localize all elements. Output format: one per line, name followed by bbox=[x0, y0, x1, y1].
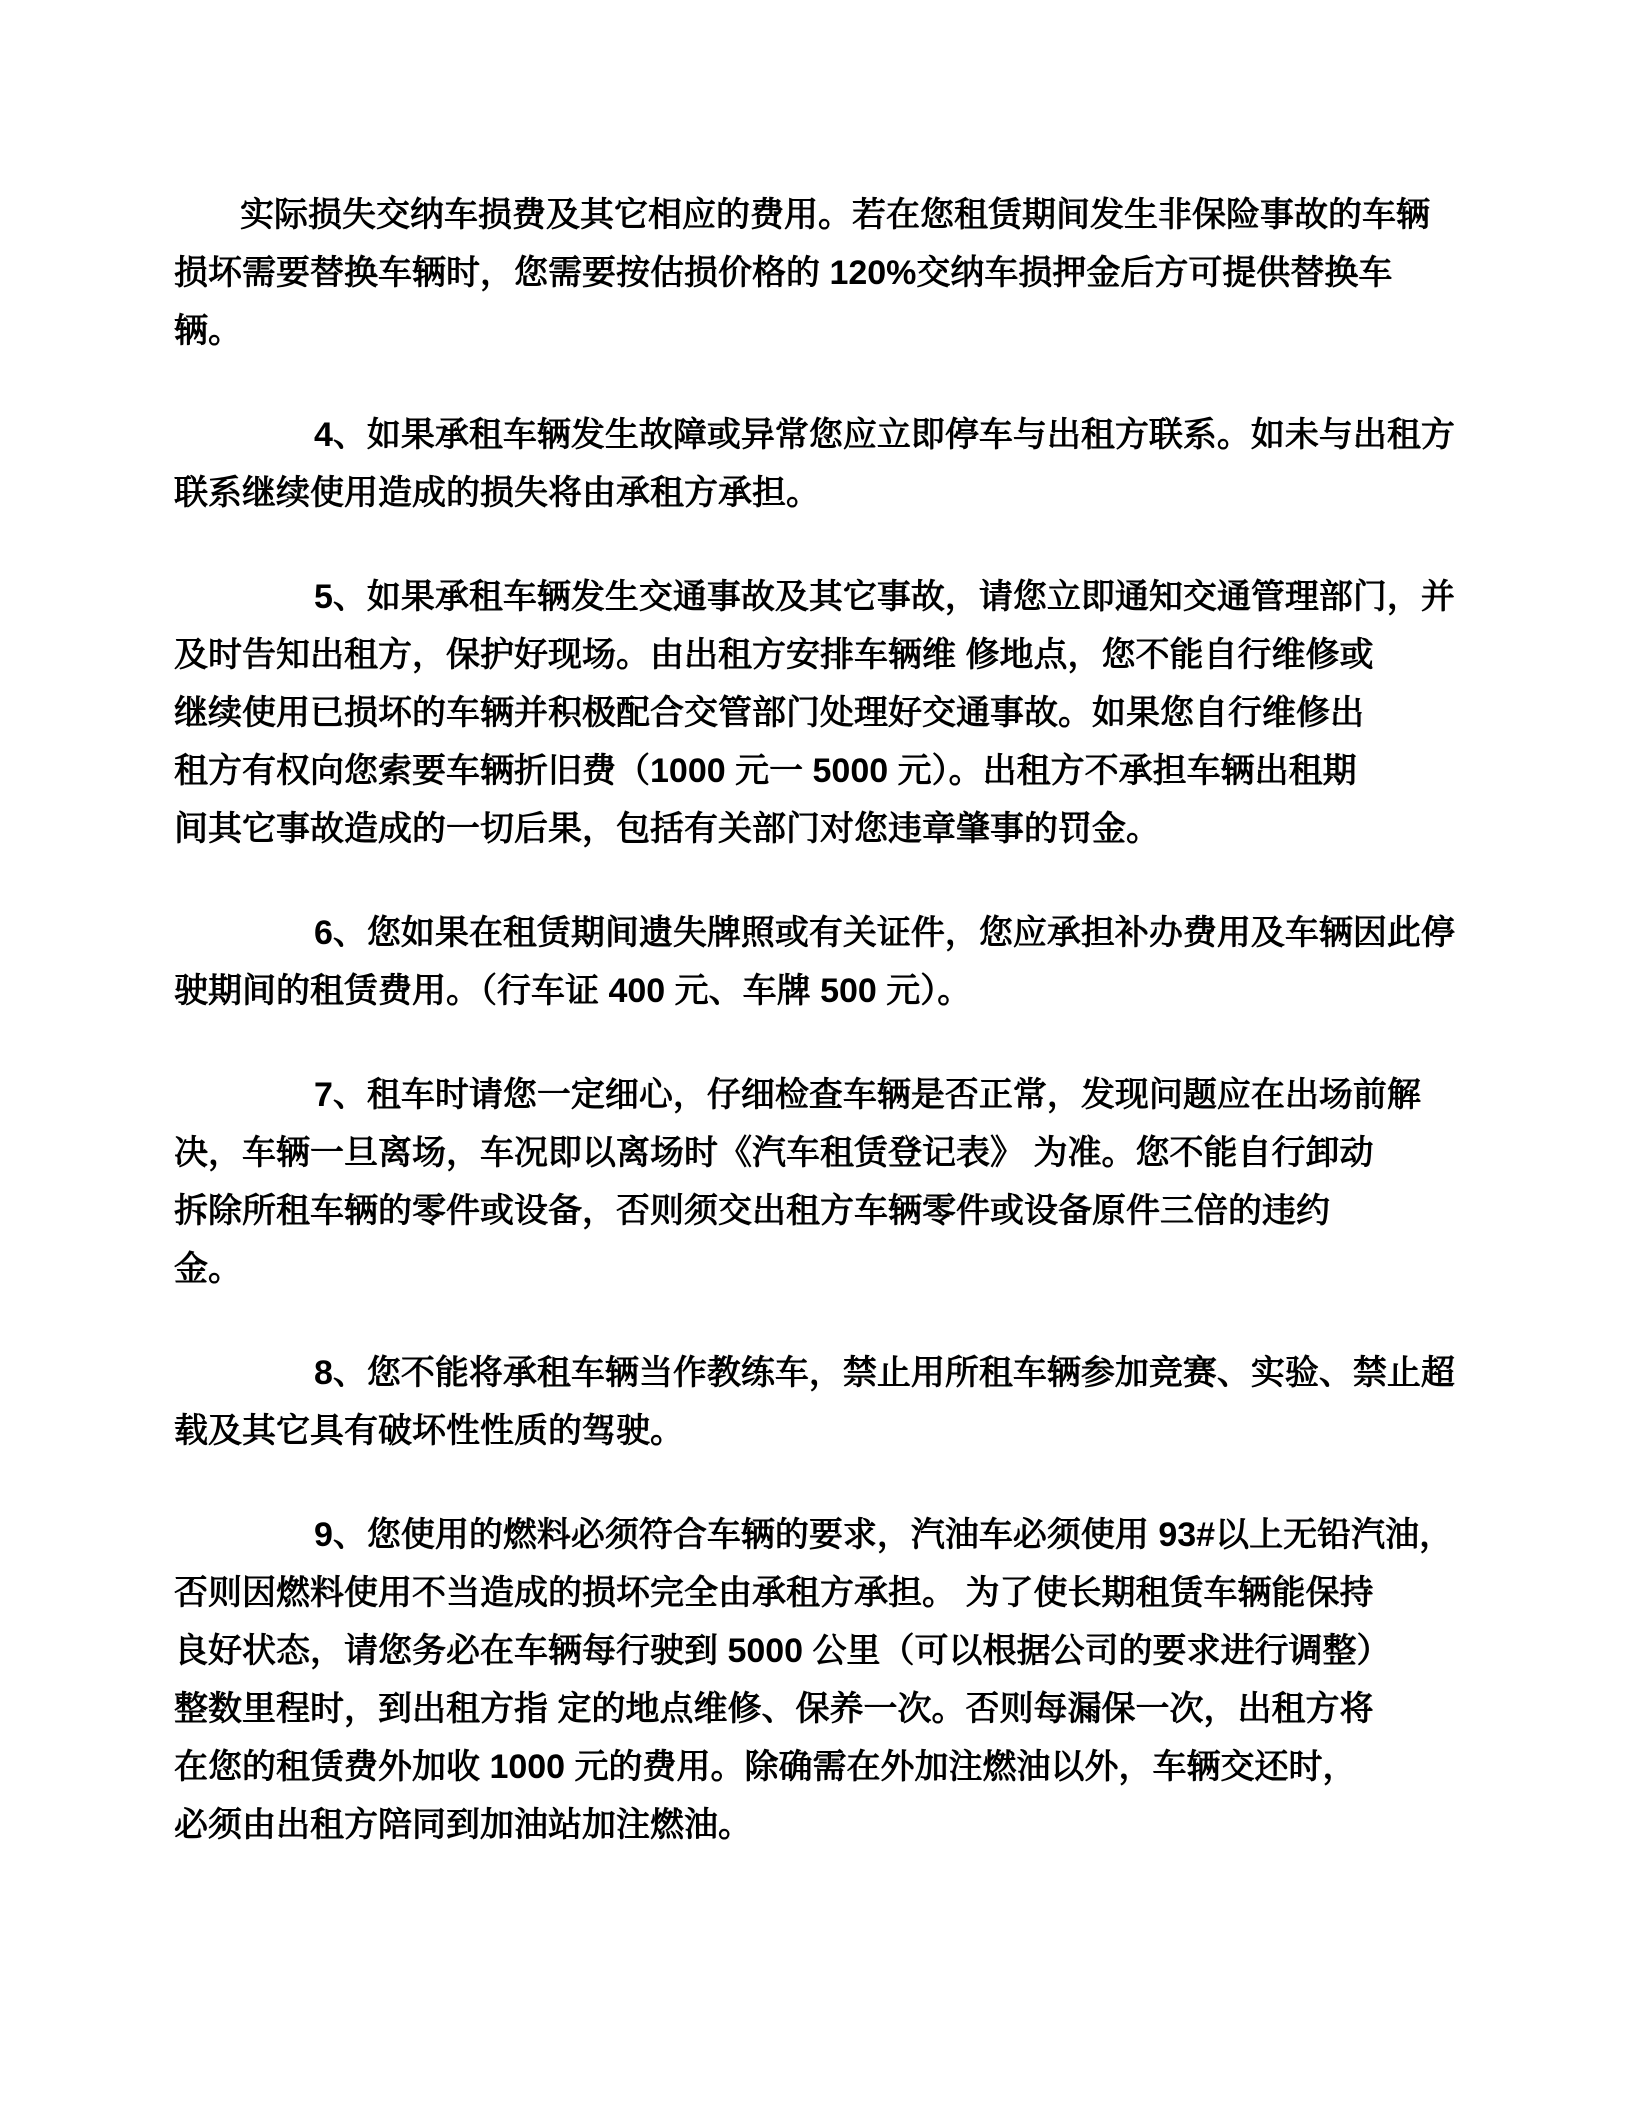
text-line: 租方有权向您索要车辆折旧费（1000 元一 5000 元）。出租方不承担车辆出租… bbox=[174, 742, 1494, 800]
text-line: 6、您如果在租赁期间遗失牌照或有关证件，您应承担补办费用及车辆因此停 bbox=[174, 904, 1494, 962]
text-line: 7、租车时请您一定细心，仔细检查车辆是否正常，发现问题应在出场前解 bbox=[174, 1066, 1494, 1124]
text-line: 决，车辆一旦离场，车况即以离场时《汽车租赁登记表》 为准。您不能自行卸动 bbox=[174, 1124, 1494, 1182]
paragraph-continuation: 实际损失交纳车损费及其它相应的费用。若在您租赁期间发生非保险事故的车辆 损坏需要… bbox=[174, 186, 1494, 360]
text-line: 金。 bbox=[174, 1240, 1494, 1298]
document-page: { "page": { "background_color": "#ffffff… bbox=[0, 0, 1632, 2112]
paragraph-clause-9: 9、您使用的燃料必须符合车辆的要求，汽油车必须使用 93#以上无铅汽油， 否则因… bbox=[174, 1506, 1494, 1854]
text-line: 联系继续使用造成的损失将由承租方承担。 bbox=[174, 464, 1494, 522]
text-line: 整数里程时，到出租方指 定的地点维修、保养一次。否则每漏保一次，出租方将 bbox=[174, 1680, 1494, 1738]
text-line: 继续使用已损坏的车辆并积极配合交管部门处理好交通事故。如果您自行维修出 bbox=[174, 684, 1494, 742]
text-line: 5、如果承租车辆发生交通事故及其它事故，请您立即通知交通管理部门，并 bbox=[174, 568, 1494, 626]
text-line: 4、如果承租车辆发生故障或异常您应立即停车与出租方联系。如未与出租方 bbox=[174, 406, 1494, 464]
text-line: 必须由出租方陪同到加油站加注燃油。 bbox=[174, 1796, 1494, 1854]
text-line: 实际损失交纳车损费及其它相应的费用。若在您租赁期间发生非保险事故的车辆 bbox=[174, 186, 1494, 244]
text-line: 间其它事故造成的一切后果，包括有关部门对您违章肇事的罚金。 bbox=[174, 800, 1494, 858]
paragraph-clause-5: 5、如果承租车辆发生交通事故及其它事故，请您立即通知交通管理部门，并 及时告知出… bbox=[174, 568, 1494, 858]
text-line: 拆除所租车辆的零件或设备，否则须交出租方车辆零件或设备原件三倍的违约 bbox=[174, 1182, 1494, 1240]
text-line: 辆。 bbox=[174, 302, 1494, 360]
text-line: 损坏需要替换车辆时，您需要按估损价格的 120%交纳车损押金后方可提供替换车 bbox=[174, 244, 1494, 302]
paragraph-clause-4: 4、如果承租车辆发生故障或异常您应立即停车与出租方联系。如未与出租方 联系继续使… bbox=[174, 406, 1494, 522]
page-canvas: 实际损失交纳车损费及其它相应的费用。若在您租赁期间发生非保险事故的车辆 损坏需要… bbox=[0, 0, 1632, 2112]
text-line: 在您的租赁费外加收 1000 元的费用。除确需在外加注燃油以外，车辆交还时， bbox=[174, 1738, 1494, 1796]
text-line: 8、您不能将承租车辆当作教练车，禁止用所租车辆参加竞赛、实验、禁止超 bbox=[174, 1344, 1494, 1402]
text-line: 良好状态，请您务必在车辆每行驶到 5000 公里（可以根据公司的要求进行调整） bbox=[174, 1622, 1494, 1680]
text-line: 9、您使用的燃料必须符合车辆的要求，汽油车必须使用 93#以上无铅汽油， bbox=[174, 1506, 1494, 1564]
document-content: 实际损失交纳车损费及其它相应的费用。若在您租赁期间发生非保险事故的车辆 损坏需要… bbox=[174, 186, 1494, 1854]
paragraph-clause-8: 8、您不能将承租车辆当作教练车，禁止用所租车辆参加竞赛、实验、禁止超 载及其它具… bbox=[174, 1344, 1494, 1460]
paragraph-clause-7: 7、租车时请您一定细心，仔细检查车辆是否正常，发现问题应在出场前解 决，车辆一旦… bbox=[174, 1066, 1494, 1298]
paragraph-clause-6: 6、您如果在租赁期间遗失牌照或有关证件，您应承担补办费用及车辆因此停 驶期间的租… bbox=[174, 904, 1494, 1020]
text-line: 驶期间的租赁费用。（行车证 400 元、车牌 500 元）。 bbox=[174, 962, 1494, 1020]
text-line: 及时告知出租方，保护好现场。由出租方安排车辆维 修地点，您不能自行维修或 bbox=[174, 626, 1494, 684]
text-line: 载及其它具有破坏性性质的驾驶。 bbox=[174, 1402, 1494, 1460]
text-line: 否则因燃料使用不当造成的损坏完全由承租方承担。 为了使长期租赁车辆能保持 bbox=[174, 1564, 1494, 1622]
